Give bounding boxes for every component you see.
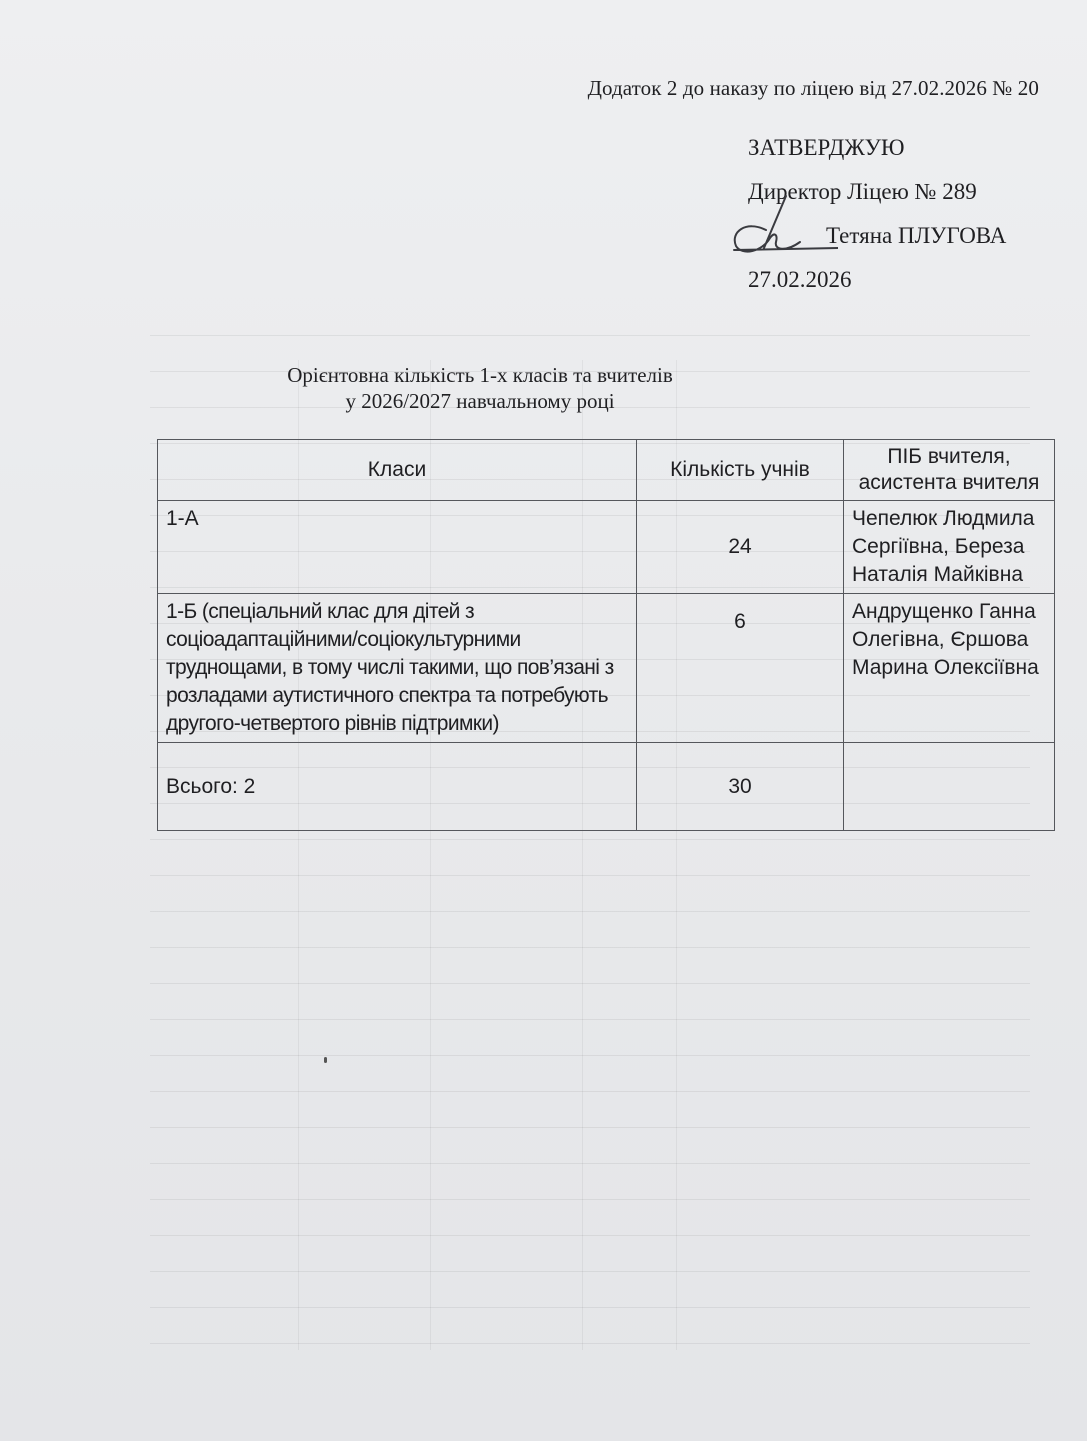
total-label-cell: Всього: 2 xyxy=(158,743,637,831)
header-classes: Класи xyxy=(158,440,637,501)
appendix-reference: Додаток 2 до наказу по ліцею від 27.02.2… xyxy=(588,76,1039,101)
signature-icon xyxy=(726,190,838,260)
approve-word: ЗАТВЕРДЖУЮ xyxy=(748,126,1006,170)
approval-date: 27.02.2026 xyxy=(748,258,1006,302)
class-cell: 1-Б (спеціальний клас для дітей з соціоа… xyxy=(158,594,637,743)
document-title: Орієнтовна кількість 1-х класів та вчите… xyxy=(0,362,1087,414)
table-header-row: Класи Кількість учнів ПІБ вчителя, асист… xyxy=(158,440,1055,501)
total-students-cell: 30 xyxy=(637,743,844,831)
document-page: Додаток 2 до наказу по ліцею від 27.02.2… xyxy=(0,0,1087,1441)
table-row: 1-А 24 Чепелюк Людмила Сергіївна, Береза… xyxy=(158,501,1055,594)
table-row: Всього: 2 30 xyxy=(158,743,1055,831)
total-teachers-cell xyxy=(844,743,1055,831)
title-line-2: у 2026/2027 навчальному році xyxy=(130,388,830,414)
header-students: Кількість учнів xyxy=(637,440,844,501)
teachers-cell: Андрущенко Ганна Олегівна, Єршова Марина… xyxy=(844,594,1055,743)
ink-speck xyxy=(324,1057,327,1063)
title-line-1: Орієнтовна кількість 1-х класів та вчите… xyxy=(130,362,830,388)
table-row: 1-Б (спеціальний клас для дітей з соціоа… xyxy=(158,594,1055,743)
teachers-cell: Чепелюк Людмила Сергіївна, Береза Наталі… xyxy=(844,501,1055,594)
header-teachers: ПІБ вчителя, асистента вчителя xyxy=(844,440,1055,501)
signatory-name: Тетяна ПЛУГОВА xyxy=(826,214,1006,258)
students-cell: 6 xyxy=(637,594,844,743)
classes-table: Класи Кількість учнів ПІБ вчителя, асист… xyxy=(157,439,1055,831)
students-cell: 24 xyxy=(637,501,844,594)
class-cell: 1-А xyxy=(158,501,637,594)
